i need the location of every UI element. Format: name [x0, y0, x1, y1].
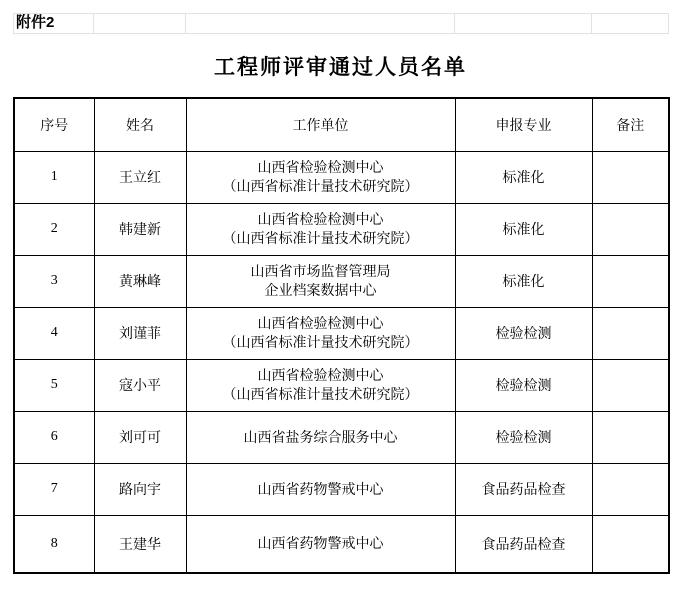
cell-no: 7	[14, 463, 94, 515]
cell-unit: 山西省检验检测中心（山西省标准计量技术研究院）	[186, 359, 455, 411]
table-body: 1王立红山西省检验检测中心（山西省标准计量技术研究院）标准化2韩建新山西省检验检…	[14, 151, 669, 573]
cell-remark	[592, 359, 669, 411]
cell-specialty: 标准化	[455, 203, 592, 255]
table-row: 6刘可可山西省盐务综合服务中心检验检测	[14, 411, 669, 463]
table-row: 2韩建新山西省检验检测中心（山西省标准计量技术研究院）标准化	[14, 203, 669, 255]
cell-unit: 山西省药物警戒中心	[186, 515, 455, 573]
roster-table: 序号姓名工作单位申报专业备注 1王立红山西省检验检测中心（山西省标准计量技术研究…	[13, 97, 670, 574]
cell-specialty: 检验检测	[455, 411, 592, 463]
cell-specialty: 食品药品检查	[455, 515, 592, 573]
cell-remark	[592, 411, 669, 463]
table-row: 5寇小平山西省检验检测中心（山西省标准计量技术研究院）检验检测	[14, 359, 669, 411]
col-header-remark: 备注	[592, 98, 669, 151]
spreadsheet-gridlines	[13, 13, 669, 34]
cell-no: 2	[14, 203, 94, 255]
gridline	[591, 14, 592, 33]
gridline	[13, 14, 14, 33]
col-header-specialty: 申报专业	[455, 98, 592, 151]
table-row: 1王立红山西省检验检测中心（山西省标准计量技术研究院）标准化	[14, 151, 669, 203]
cell-no: 3	[14, 255, 94, 307]
title-band: 工程师评审通过人员名单	[13, 34, 668, 97]
cell-specialty: 标准化	[455, 255, 592, 307]
cell-specialty: 检验检测	[455, 359, 592, 411]
col-header-name: 姓名	[94, 98, 186, 151]
cell-no: 4	[14, 307, 94, 359]
cell-name: 黄琳峰	[94, 255, 186, 307]
gridline	[668, 14, 669, 33]
gridline	[454, 14, 455, 33]
cell-remark	[592, 307, 669, 359]
cell-unit: 山西省检验检测中心（山西省标准计量技术研究院）	[186, 307, 455, 359]
cell-specialty: 标准化	[455, 151, 592, 203]
cell-no: 1	[14, 151, 94, 203]
cell-unit: 山西省检验检测中心（山西省标准计量技术研究院）	[186, 151, 455, 203]
cell-unit: 山西省市场监督管理局企业档案数据中心	[186, 255, 455, 307]
attachment-label: 附件2	[16, 12, 54, 34]
page-title: 工程师评审通过人员名单	[214, 51, 467, 81]
cell-name: 刘可可	[94, 411, 186, 463]
cell-specialty: 检验检测	[455, 307, 592, 359]
cell-remark	[592, 151, 669, 203]
table-row: 3黄琳峰山西省市场监督管理局企业档案数据中心标准化	[14, 255, 669, 307]
col-header-unit: 工作单位	[186, 98, 455, 151]
table-row: 7路向宇山西省药物警戒中心食品药品检查	[14, 463, 669, 515]
cell-name: 寇小平	[94, 359, 186, 411]
cell-name: 王立红	[94, 151, 186, 203]
cell-name: 王建华	[94, 515, 186, 573]
cell-specialty: 食品药品检查	[455, 463, 592, 515]
cell-name: 刘谨菲	[94, 307, 186, 359]
cell-unit: 山西省盐务综合服务中心	[186, 411, 455, 463]
cell-name: 韩建新	[94, 203, 186, 255]
header-row: 序号姓名工作单位申报专业备注	[14, 98, 669, 151]
cell-remark	[592, 203, 669, 255]
cell-unit: 山西省药物警戒中心	[186, 463, 455, 515]
cell-unit: 山西省检验检测中心（山西省标准计量技术研究院）	[186, 203, 455, 255]
col-header-no: 序号	[14, 98, 94, 151]
cell-remark	[592, 515, 669, 573]
table-row: 4刘谨菲山西省检验检测中心（山西省标准计量技术研究院）检验检测	[14, 307, 669, 359]
cell-no: 5	[14, 359, 94, 411]
table-row: 8王建华山西省药物警戒中心食品药品检查	[14, 515, 669, 573]
cell-no: 6	[14, 411, 94, 463]
cell-remark	[592, 255, 669, 307]
cell-name: 路向宇	[94, 463, 186, 515]
gridline	[185, 14, 186, 33]
document-page: 附件2 工程师评审通过人员名单 序号姓名工作单位申报专业备注 1王立红山西省检验…	[0, 0, 684, 589]
gridline	[93, 14, 94, 33]
cell-no: 8	[14, 515, 94, 573]
cell-remark	[592, 463, 669, 515]
